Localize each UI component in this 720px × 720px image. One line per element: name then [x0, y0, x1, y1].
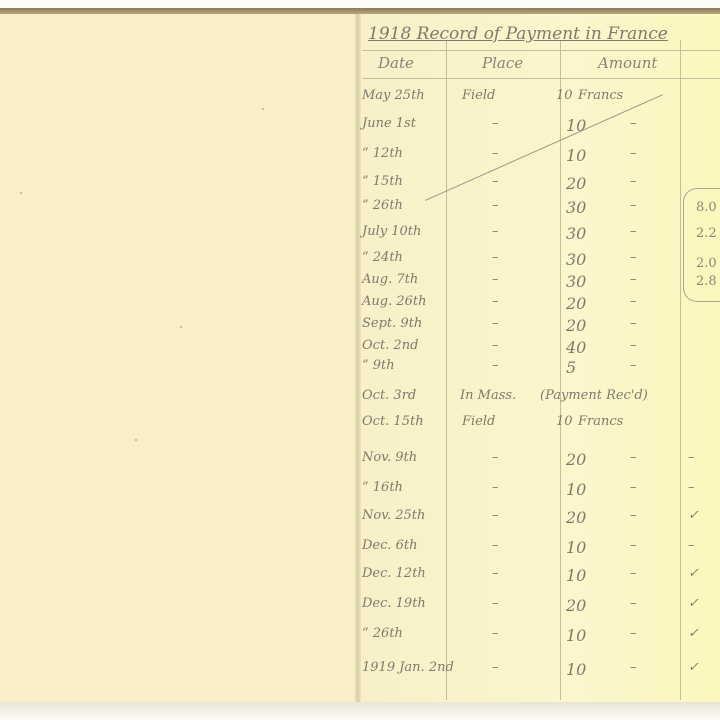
- paper-speck: [135, 439, 137, 441]
- ledger-date: “ 12th: [362, 146, 403, 161]
- ledger-date: Dec. 6th: [362, 538, 418, 553]
- ledger-unit: –: [630, 660, 637, 675]
- book-gutter: [355, 14, 361, 704]
- ledger-place: –: [492, 294, 499, 309]
- ledger-check-mark: –: [688, 538, 695, 553]
- ledger-date: May 25th: [362, 88, 425, 103]
- ledger-unit: –: [630, 538, 637, 553]
- ledger-place: –: [492, 566, 499, 581]
- paper-speck: [20, 192, 22, 194]
- ledger-date: June 1st: [362, 116, 416, 131]
- ledger-date: Sept. 9th: [362, 316, 422, 331]
- header-amount: Amount: [598, 54, 657, 72]
- ledger-amount: (Payment Rec'd): [540, 388, 648, 403]
- ledger-amount: 10: [556, 414, 573, 429]
- ledger-place: –: [492, 174, 499, 189]
- ledger-amount: 20: [566, 596, 586, 615]
- ledger-place: –: [492, 626, 499, 641]
- ledger-place: –: [492, 272, 499, 287]
- ledger-place: In Mass.: [460, 388, 516, 403]
- ledger-unit: –: [630, 596, 637, 611]
- ledger-unit: –: [630, 338, 637, 353]
- ledger-amount: 10: [566, 538, 586, 557]
- ledger-unit: Francs: [578, 414, 623, 429]
- ledger-amount: 20: [566, 316, 586, 335]
- ledger-unit: –: [630, 626, 637, 641]
- ledger-unit: –: [630, 294, 637, 309]
- title-underline-rule: [362, 50, 720, 51]
- column-rule-date-place: [446, 40, 447, 700]
- side-note: 8.0: [696, 200, 717, 215]
- ledger-place: –: [492, 358, 499, 373]
- ledger-amount: 10: [566, 660, 586, 679]
- ledger-unit: –: [630, 480, 637, 495]
- ledger-place: –: [492, 338, 499, 353]
- ledger-date: July 10th: [362, 224, 421, 239]
- ledger-place: –: [492, 146, 499, 161]
- ledger-date: “ 26th: [362, 626, 403, 641]
- left-page-blank: [0, 14, 360, 704]
- book-bottom-edge: [0, 702, 720, 720]
- ledger-amount: 20: [566, 508, 586, 527]
- ledger-unit: –: [630, 250, 637, 265]
- ledger-check-mark: ✓: [688, 660, 699, 675]
- header-place: Place: [482, 54, 523, 72]
- ledger-unit: –: [630, 358, 637, 373]
- ledger-date: “ 24th: [362, 250, 403, 265]
- ledger-date: Aug. 7th: [362, 272, 418, 287]
- ledger-amount: 40: [566, 338, 586, 357]
- ledger-place: –: [492, 480, 499, 495]
- ledger-unit: –: [630, 198, 637, 213]
- ledger-place: Field: [462, 88, 495, 103]
- ledger-place: Field: [462, 414, 495, 429]
- ledger-date: “ 15th: [362, 174, 403, 189]
- side-note: 2.8: [696, 274, 717, 289]
- ledger-date: Dec. 19th: [362, 596, 426, 611]
- ledger-amount: 30: [566, 272, 586, 291]
- ledger-place: –: [492, 116, 499, 131]
- ledger-unit: Francs: [578, 88, 623, 103]
- ledger-amount: 10: [556, 88, 573, 103]
- ledger-unit: –: [630, 450, 637, 465]
- ledger-place: –: [492, 596, 499, 611]
- ledger-unit: –: [630, 224, 637, 239]
- ledger-unit: –: [630, 116, 637, 131]
- ledger-place: –: [492, 198, 499, 213]
- ledger-place: –: [492, 250, 499, 265]
- ledger-amount: 10: [566, 566, 586, 585]
- side-note: 2.0: [696, 256, 717, 271]
- ledger-amount: 10: [566, 116, 586, 135]
- ledger-place: –: [492, 316, 499, 331]
- paper-speck: [180, 326, 182, 328]
- ledger-place: –: [492, 660, 499, 675]
- ledger-check-mark: –: [688, 450, 695, 465]
- ledger-amount: 30: [566, 224, 586, 243]
- ledger-date: Oct. 15th: [362, 414, 424, 429]
- ledger-check-mark: ✓: [688, 566, 699, 581]
- ledger-amount: 30: [566, 250, 586, 269]
- header-rule: [362, 78, 720, 79]
- ledger-unit: –: [630, 316, 637, 331]
- ledger-check-mark: ✓: [688, 596, 699, 611]
- side-note: 2.2: [696, 226, 717, 241]
- ledger-date: “ 9th: [362, 358, 395, 373]
- ledger-unit: –: [630, 272, 637, 287]
- ledger-date: “ 16th: [362, 480, 403, 495]
- header-date: Date: [378, 54, 414, 72]
- ledger-amount: 20: [566, 294, 586, 313]
- ledger-amount: 30: [566, 198, 586, 217]
- paper-speck: [262, 108, 264, 110]
- ledger-date: Aug. 26th: [362, 294, 427, 309]
- ledger-amount: 20: [566, 174, 586, 193]
- ledger-check-mark: ✓: [688, 508, 699, 523]
- ledger-title: 1918 Record of Payment in France: [368, 24, 668, 44]
- ledger-amount: 10: [566, 480, 586, 499]
- ledger-date: Nov. 9th: [362, 450, 417, 465]
- ledger-amount: 5: [566, 358, 576, 377]
- ledger-date: Dec. 12th: [362, 566, 426, 581]
- ledger-date: Oct. 3rd: [362, 388, 416, 403]
- column-rule-amount-notes: [680, 40, 681, 700]
- ledger-place: –: [492, 450, 499, 465]
- ledger-check-mark: ✓: [688, 626, 699, 641]
- ledger-place: –: [492, 508, 499, 523]
- ledger-unit: –: [630, 146, 637, 161]
- ledger-unit: –: [630, 566, 637, 581]
- ledger-amount: 10: [566, 626, 586, 645]
- ledger-date: Nov. 25th: [362, 508, 425, 523]
- ledger-check-mark: –: [688, 480, 695, 495]
- ledger-place: –: [492, 224, 499, 239]
- ledger-amount: 10: [566, 146, 586, 165]
- ledger-unit: –: [630, 508, 637, 523]
- ledger-date: Oct. 2nd: [362, 338, 418, 353]
- ledger-date: 1919 Jan. 2nd: [362, 660, 454, 675]
- ledger-date: “ 26th: [362, 198, 403, 213]
- ledger-unit: –: [630, 174, 637, 189]
- ledger-amount: 20: [566, 450, 586, 469]
- ledger-place: –: [492, 538, 499, 553]
